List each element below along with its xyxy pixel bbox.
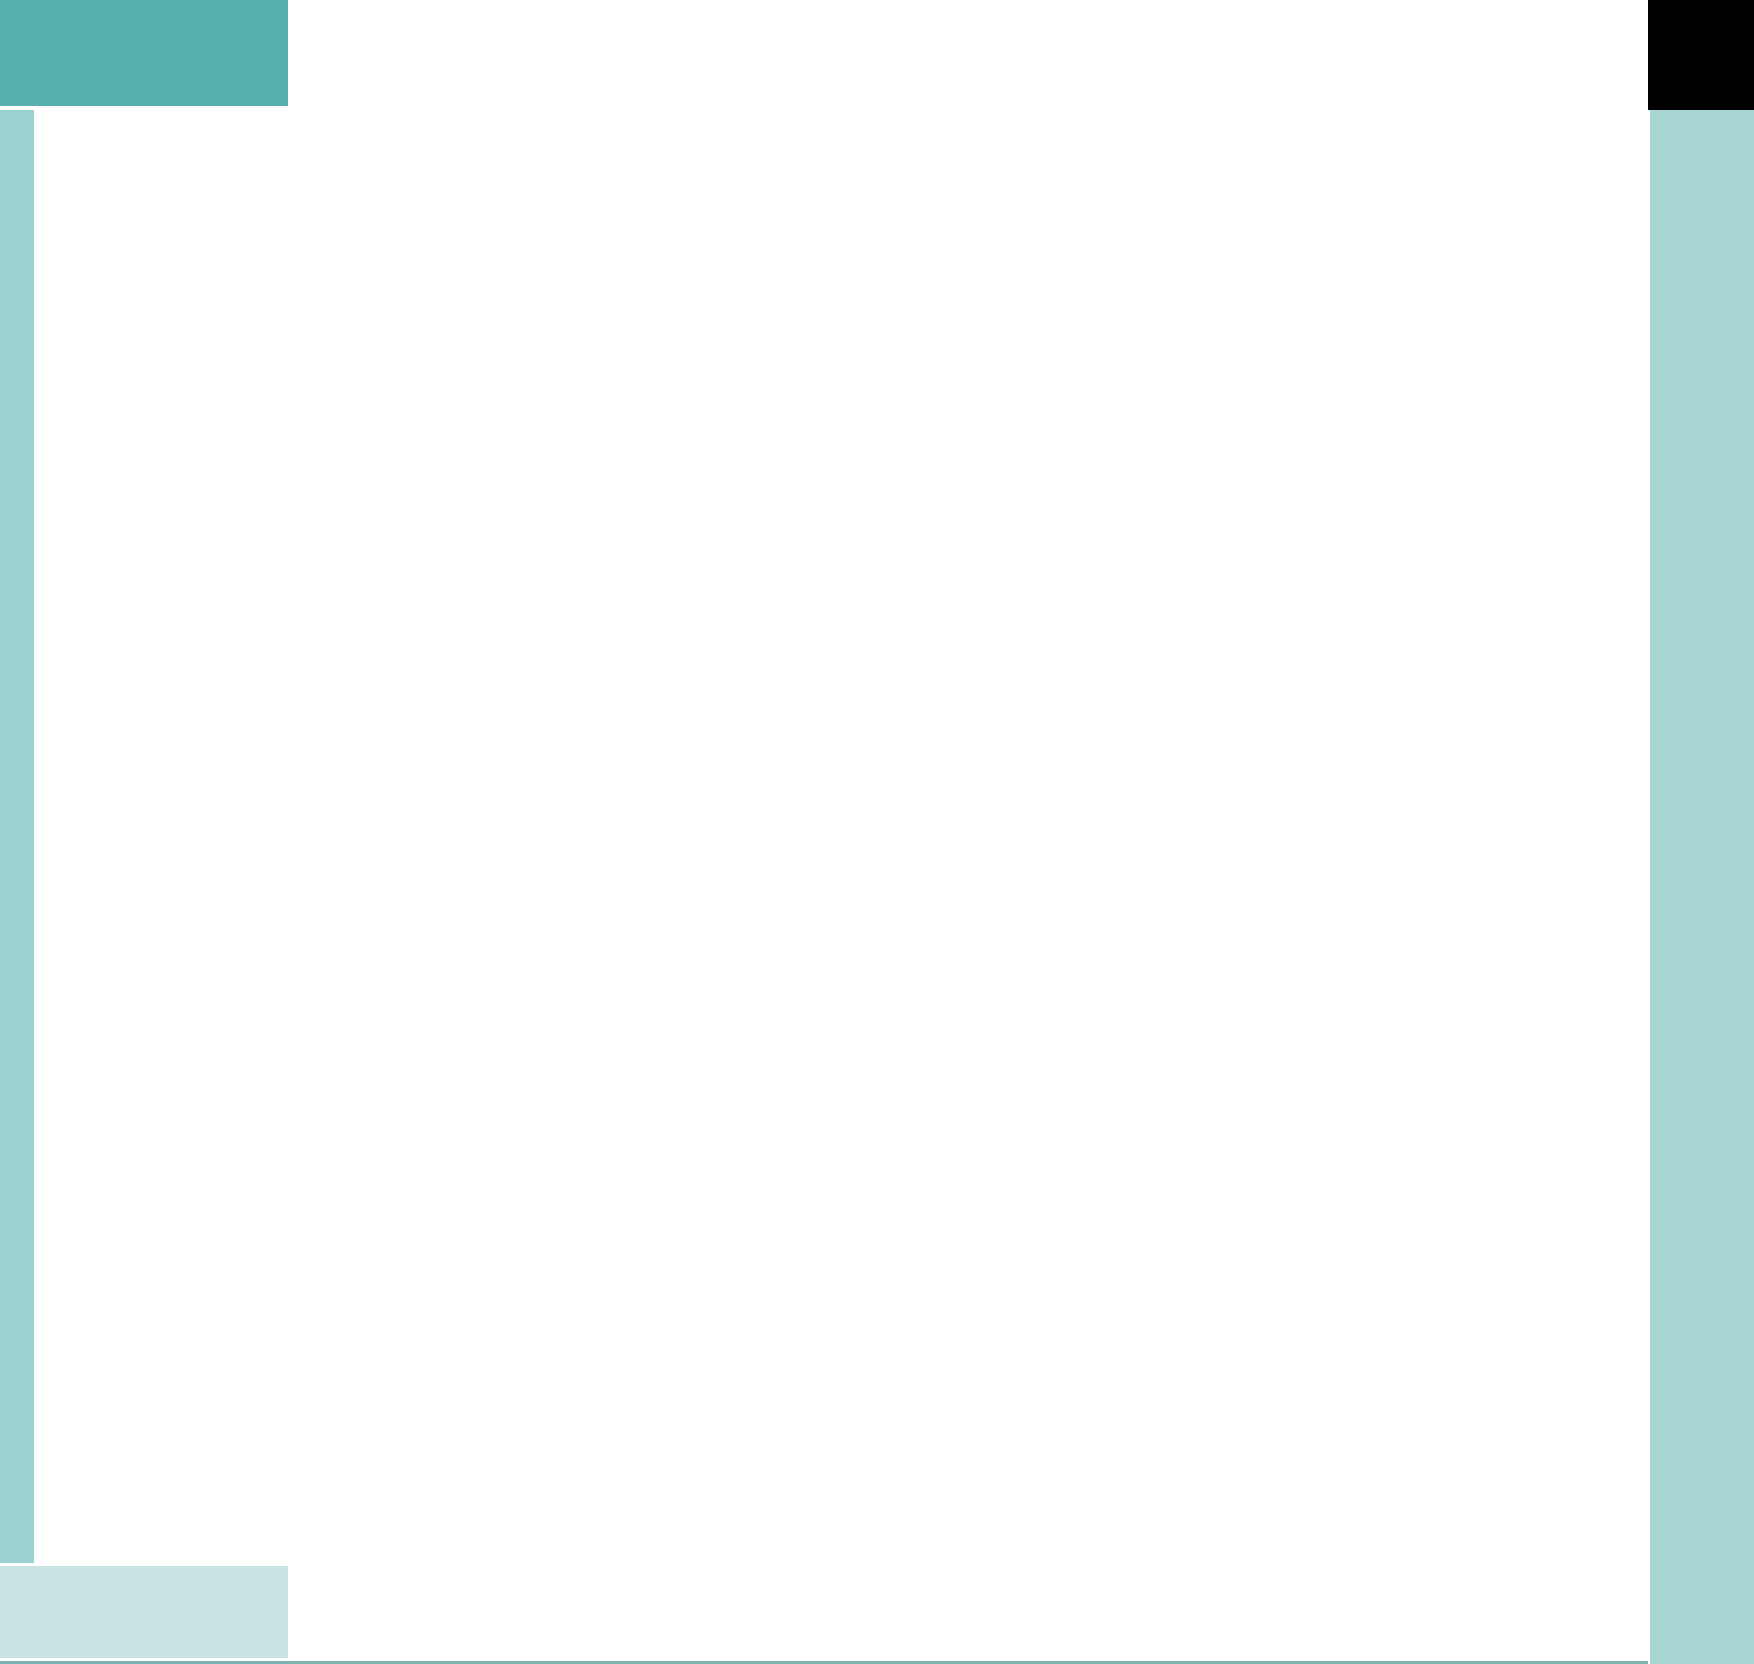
specialized-subjects-strip [0, 110, 34, 1563]
graduation-credits-strip [1650, 110, 1754, 1664]
curriculum-table [0, 0, 1754, 1664]
self-selected-subjects-label-cell [0, 1566, 288, 1658]
black-corner [1648, 0, 1754, 110]
self-selected-subjects-note [302, 1563, 1648, 1661]
category-header-cell [0, 0, 288, 106]
